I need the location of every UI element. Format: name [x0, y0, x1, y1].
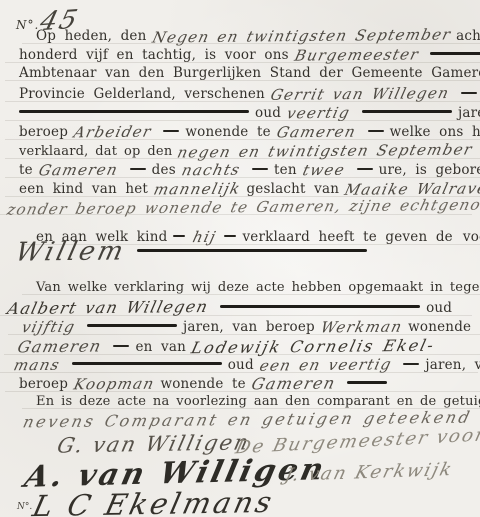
printed-text: geslacht van [246, 181, 339, 197]
fill-rule [72, 362, 222, 365]
printed-text: ure, is geboren [379, 162, 480, 178]
dash-rule [461, 92, 477, 94]
fill-rule [347, 381, 387, 384]
dash-rule [252, 168, 268, 170]
dash-rule [173, 235, 185, 237]
printed-text: Provincie Gelderland, verschenen [19, 86, 265, 102]
printed-text: beroep [19, 124, 68, 140]
dash-rule [113, 345, 129, 347]
form-line: Op heden, denNegen en twintigsten Septem… [36, 27, 480, 45]
form-line: beroepArbeiderwonende teGamerenwelke ons… [19, 123, 480, 141]
dash-rule [163, 130, 179, 132]
entry-child-gender: mannelijk [152, 181, 243, 199]
printed-text: verklaard, dat op den [19, 144, 172, 159]
printed-text: oud [426, 300, 452, 316]
entry-time-of-day: nachts [180, 162, 242, 180]
form-line: Willem [10, 244, 373, 265]
printed-text: Op heden, den [36, 28, 147, 44]
dash-rule [368, 130, 384, 132]
printed-text: jaren, van [458, 105, 480, 121]
entry-birth-date: negen en twintigsten September [176, 141, 475, 161]
form-line: oudveertigjaren, van [19, 104, 480, 122]
next-act-number-label: N°. [17, 502, 32, 512]
form-line: Provincie Gelderland, verschenenGerrit v… [19, 85, 480, 103]
entry-declarant-occupation: Arbeider [72, 124, 154, 142]
form-line: honderd vijf en tachtig, is voor onsBurg… [19, 46, 480, 64]
fill-rule [19, 110, 249, 113]
form-line: mansoudeen en veertigjaren, van [14, 356, 480, 374]
entry-witness2-occupation: Koopman [72, 376, 157, 394]
form-line: nevens Comparant en getuigen geteekend [24, 410, 477, 429]
printed-text: beroep [19, 376, 68, 392]
printed-text: welke ons heeft [390, 124, 480, 140]
signature-declarant: G. van Willigen [55, 430, 253, 457]
form-line: verklaard, dat op dennegen en twintigste… [19, 142, 480, 160]
entry-child-name: Willem [14, 243, 128, 261]
signature-witness2: L C Ekelmans [30, 485, 278, 517]
fill-rule [362, 110, 452, 113]
printed-text: jaren, van [425, 357, 480, 373]
fill-rule [137, 249, 367, 252]
printed-text: verklaard heeft te geven de [242, 229, 452, 245]
form-line: Ambtenaar van den Burgerlijken Stand der… [19, 65, 480, 82]
printed-text: een kind van het [19, 181, 148, 197]
entry-witness1-age: vijftig [20, 319, 77, 337]
printed-text: oud [228, 357, 254, 373]
printed-text: ten [274, 162, 297, 178]
printed-text: achttien [456, 28, 480, 44]
entry-witness2-age: een en veertig [258, 356, 394, 374]
entry-mother-details: zonder beroep wonende te Gameren, zijne … [5, 196, 480, 218]
form-line: vijftigjaren, van beroepWerkmanwonende t… [22, 318, 480, 336]
entry-witness2-residence: Gameren [250, 375, 338, 393]
fill-rule [430, 52, 480, 55]
form-line: zonder beroep wonende te Gameren, zijne … [8, 198, 480, 216]
dash-rule [224, 235, 236, 237]
printed-text: te [19, 162, 33, 178]
dash-rule [130, 168, 146, 170]
printed-text: oud [255, 105, 281, 121]
entry-witness1-residence: Gameren [16, 338, 104, 356]
dash-rule [357, 168, 373, 170]
entry-declarant-residence: Gameren [275, 124, 358, 142]
entry-witness1-name: Aalbert van Willegen [6, 298, 211, 317]
entry-birth-hour: twee [301, 162, 347, 179]
form-line: beroepKoopmanwonende teGameren [19, 374, 393, 393]
printed-text: honderd vijf en tachtig, is voor ons [19, 47, 289, 63]
printed-text: wonende te [408, 319, 480, 335]
entry-witness2-name-cont: mans [12, 357, 62, 374]
printed-text: des [152, 162, 176, 178]
entry-declarant-age: veertig [285, 105, 352, 123]
printed-text: wonende te [185, 124, 270, 140]
fill-rule [220, 305, 420, 308]
birth-certificate-scan: N°.45 Op heden, denNegen en twintigsten … [0, 0, 480, 517]
printed-text: voorna [463, 229, 480, 245]
printed-text: Van welke verklaring wij deze acte hebbe… [36, 280, 480, 295]
printed-text: Ambtenaar van den Burgerlijken Stand der… [19, 65, 480, 81]
form-line: teGamerendesnachtstentweeure, is geboren [19, 161, 480, 179]
form-line: Gamerenen vanLodewijk Cornelis Ekel- [18, 337, 441, 356]
dash-rule [403, 363, 419, 365]
entry-official-title: Burgemeester [293, 46, 421, 64]
fill-rule [87, 324, 177, 327]
entry-declarant-name: Gerrit van Willegen [269, 85, 451, 104]
entry-witness1-occupation: Werkman [319, 319, 405, 337]
printed-text: jaren, van beroep [183, 319, 315, 335]
form-line: een kind van hetmannelijkgeslacht vanMaa… [19, 180, 480, 198]
form-line: Van welke verklaring wij deze acte hebbe… [36, 279, 480, 296]
form-line: Aalbert van Willegenoud [8, 298, 452, 317]
printed-text: en van [135, 339, 186, 355]
printed-text: En is deze acte na voorlezing aan den co… [36, 394, 480, 409]
entry-declaration-date: Negen en twintigsten September [150, 26, 452, 46]
printed-text: wonende te [160, 376, 245, 392]
entry-witness2-name: Lodewijk Cornelis Ekel- [190, 337, 437, 357]
entry-birth-place: Gameren [37, 162, 120, 180]
entry-closing-note: nevens Comparant en getuigen geteekend [21, 409, 473, 431]
